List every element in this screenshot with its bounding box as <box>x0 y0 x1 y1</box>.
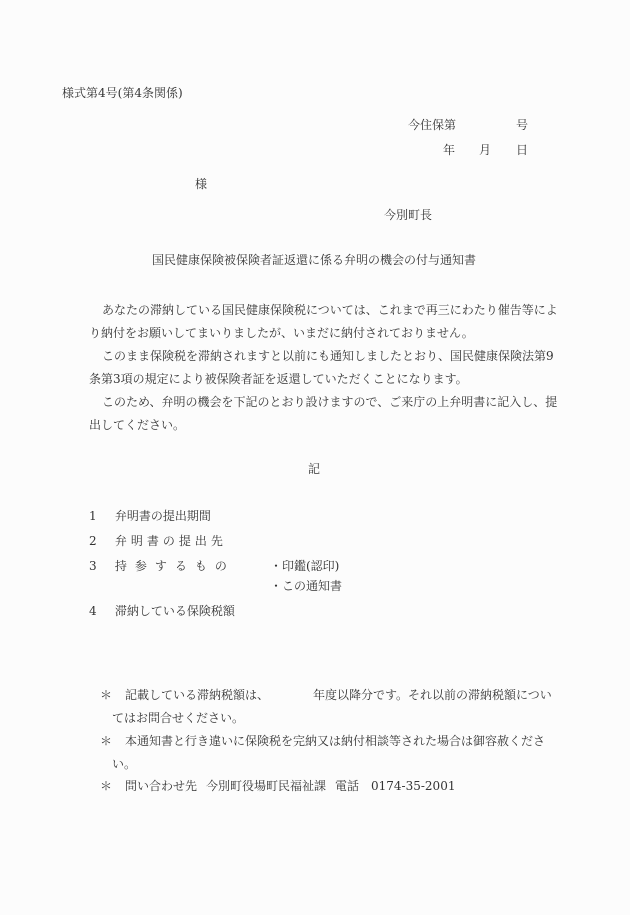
reference-number-suffix: 号 <box>516 118 528 132</box>
contact-office: 今別町役場町民福祉課 <box>206 779 326 793</box>
item-label: 持参するもの <box>115 559 235 573</box>
list-item: 1 弁明書の提出期間 <box>89 509 211 523</box>
note-2-line-2: い。 <box>112 757 136 771</box>
item-number: 1 <box>89 509 111 523</box>
contact-phone: 0174-35-2001 <box>371 779 455 793</box>
item-number: 4 <box>89 604 111 618</box>
date-year: 年 <box>443 143 455 157</box>
item-value: ・この通知書 <box>270 579 342 593</box>
reference-number-prefix: 今住保第 <box>408 118 456 132</box>
list-item: 2 弁明書の提出先 <box>89 534 227 548</box>
form-label: 様式第4号(第4条関係) <box>62 86 183 100</box>
document-title: 国民健康保険被保険者証返還に係る弁明の機会の付与通知書 <box>152 253 476 267</box>
list-item: 4 滞納している保険税額 <box>89 604 235 618</box>
list-item: 3 持参するもの <box>89 559 235 573</box>
paragraph-1-line-1: あなたの滞納している国民健康保険税については、これまで再三にわたり催告等によ <box>102 303 558 317</box>
paragraph-2-line-1: このまま保険税を滞納されますと以前にも通知しましたとおり、国民健康保険法第9 <box>102 349 554 363</box>
paragraph-3-line-2: 出してください。 <box>89 418 185 432</box>
date-month: 月 <box>479 143 491 157</box>
item-label: 弁明書の提出先 <box>115 534 227 548</box>
contact-label: 問い合わせ先 <box>125 779 197 793</box>
asterisk-icon: ＊ <box>100 688 112 702</box>
paragraph-2-line-2: 条第3項の規定により被保険者証を返還していただくことになります。 <box>89 372 468 386</box>
note-1-line-2: てはお問合せください。 <box>112 711 244 725</box>
sender-name: 今別町長 <box>384 208 432 222</box>
asterisk-icon: ＊ <box>100 734 112 748</box>
note-1-line-1a: 記載している滞納税額は、 <box>125 688 269 702</box>
note-1-line-1b: 年度以降分です。それ以前の滞納税額につい <box>313 688 552 702</box>
ki-label: 記 <box>308 462 320 476</box>
item-number: 3 <box>89 559 111 573</box>
item-label: 滞納している保険税額 <box>115 604 235 618</box>
addressee-suffix: 様 <box>195 177 207 191</box>
asterisk-icon: ＊ <box>100 779 112 793</box>
contact-phone-label: 電話 <box>335 779 359 793</box>
item-value: ・印鑑(認印) <box>270 559 339 573</box>
item-label: 弁明書の提出期間 <box>115 509 211 523</box>
note-2-line-1: 本通知書と行き違いに保険税を完納又は納付相談等された場合は御容赦くださ <box>125 734 545 748</box>
paragraph-1-line-2: り納付をお願いしてまいりましたが、いまだに納付されておりません。 <box>89 326 474 340</box>
item-number: 2 <box>89 534 111 548</box>
paragraph-3-line-1: このため、弁明の機会を下記のとおり設けますので、ご来庁の上弁明書に記入し、提 <box>102 395 557 409</box>
date-day: 日 <box>516 143 528 157</box>
